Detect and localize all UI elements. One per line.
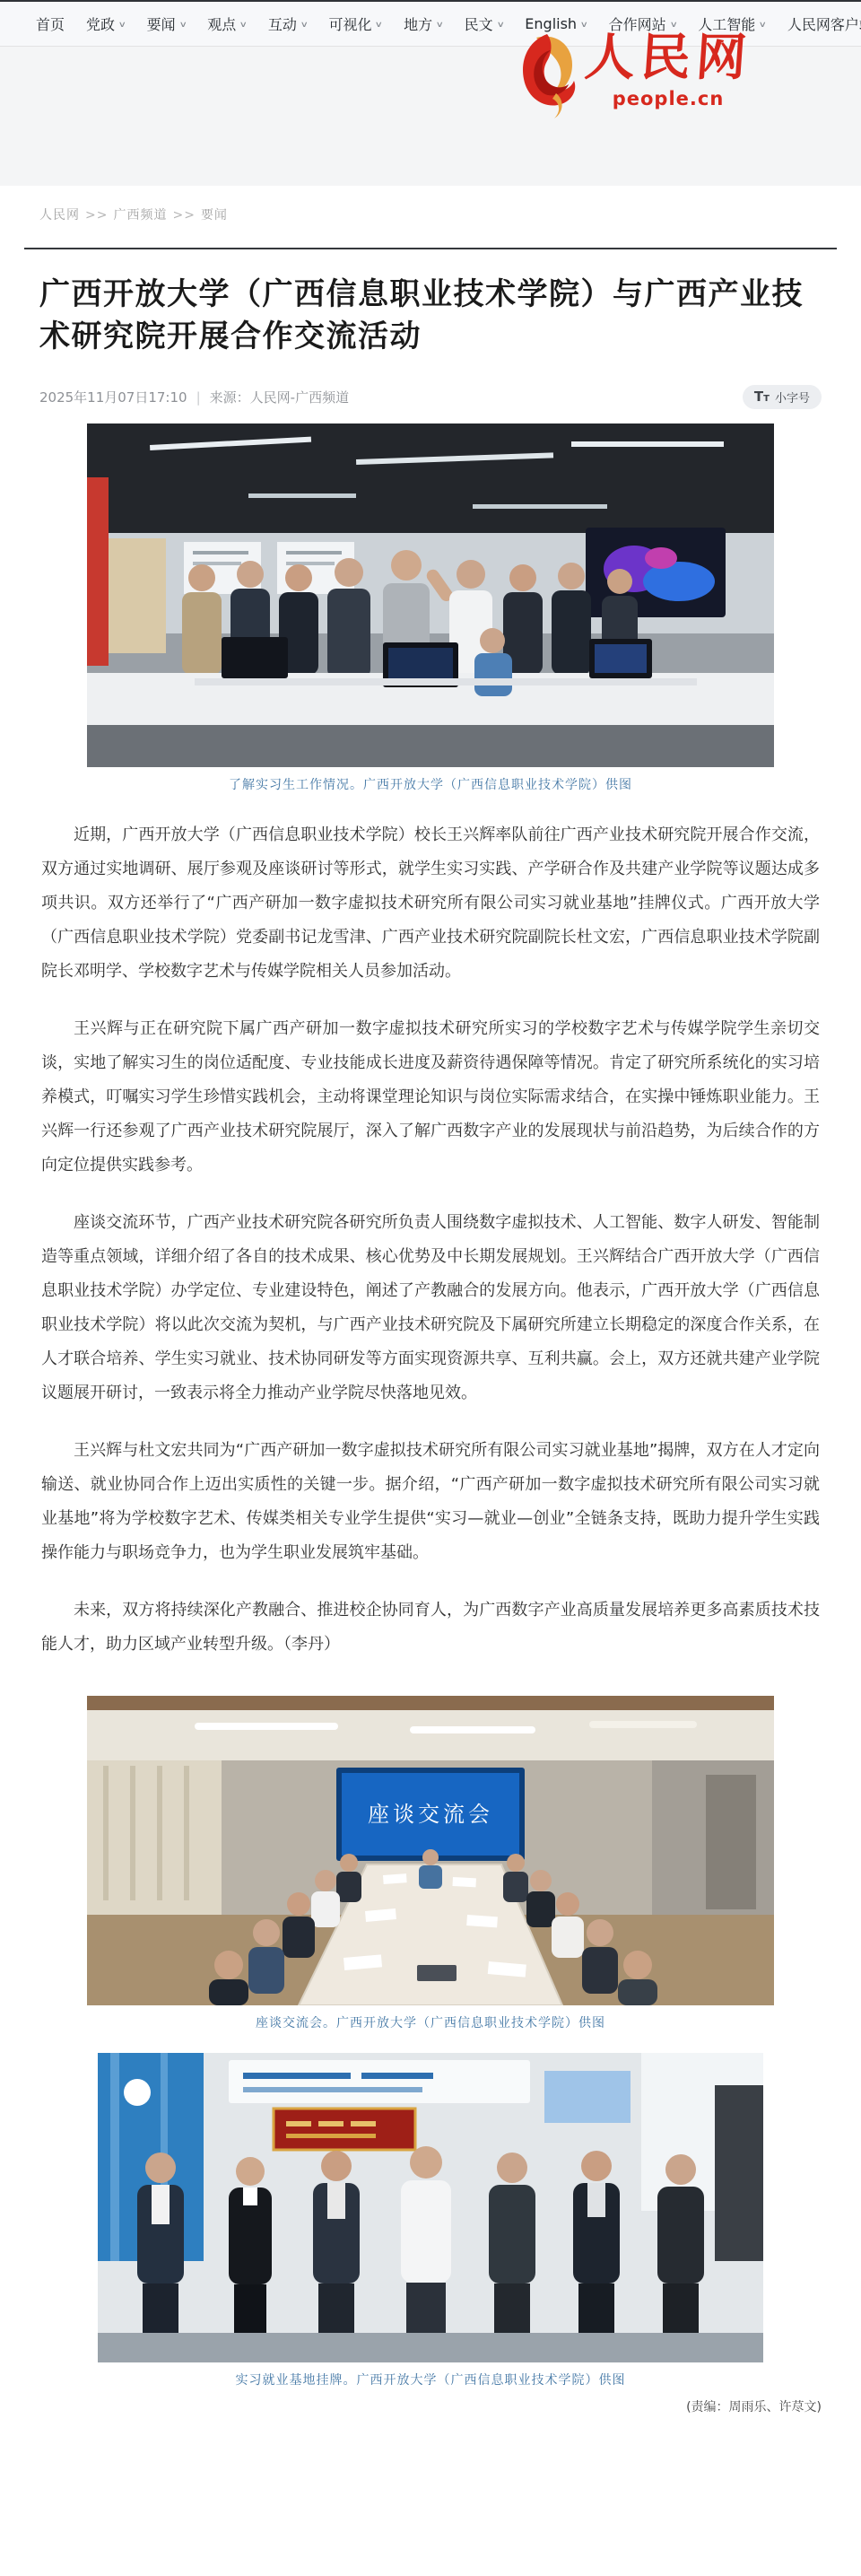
photo-lab-visit-image — [87, 424, 774, 767]
article-source[interactable]: 来源：人民网-广西频道 — [210, 388, 349, 406]
chevron-down-icon: ∨ — [178, 21, 187, 30]
nav-item[interactable]: 民文∨ — [465, 13, 504, 34]
article-meta: 2025年11月07日17:10 | 来源：人民网-广西频道 TT 小字号 — [39, 385, 822, 409]
photo-caption: 实习就业基地挂牌。广西开放大学（广西信息职业技术学院）供图 — [98, 2371, 763, 2388]
nav-item[interactable]: 可视化∨ — [328, 13, 382, 34]
photo-caption: 座谈交流会。广西开放大学（广西信息职业技术学院）供图 — [87, 2013, 774, 2031]
meta-divider: | — [196, 389, 201, 406]
article-paragraph: 未来，双方将持续深化产教融合、推进校企协同育人，为广西数字产业高质量发展培养更多… — [41, 1594, 820, 1662]
article-paragraph: 近期，广西开放大学（广西信息职业技术学院）校长王兴辉率队前往广西产业技术研究院开… — [41, 818, 820, 989]
nav-item-label: 要闻 — [147, 13, 176, 34]
nav-item[interactable]: 观点∨ — [207, 13, 247, 34]
nav-item-label: 党政 — [86, 13, 115, 34]
breadcrumb-link[interactable]: 要闻 — [201, 208, 228, 223]
chevron-down-icon: ∨ — [436, 21, 444, 30]
photo-conference: 座谈交流会 — [87, 1696, 774, 2031]
photo-plaque-group: 实习就业基地挂牌。广西开放大学（广西信息职业技术学院）供图 — [98, 2053, 763, 2388]
page-title: 广西开放大学（广西信息职业技术学院）与广西产业技术研究院开展合作交流活动 — [39, 274, 822, 358]
nav-item-label: 首页 — [36, 13, 65, 34]
article-body: 近期，广西开放大学（广西信息职业技术学院）校长王兴辉率队前往广西产业技术研究院开… — [41, 818, 820, 1662]
title-divider — [24, 248, 837, 249]
nav-item[interactable]: 首页 — [36, 13, 65, 34]
font-size-icon: TT — [754, 390, 770, 404]
chevron-down-icon: ∨ — [759, 21, 767, 30]
photo-lab-visit: 了解实习生工作情况。广西开放大学（广西信息职业技术学院）供图 — [87, 424, 774, 793]
conference-screen-text: 座谈交流会 — [368, 1802, 493, 1827]
nav-item[interactable]: 互动∨ — [268, 13, 308, 34]
article-paragraph: 王兴辉与杜文宏共同为“广西产研加一数字虚拟技术研究所有限公司实习就业基地”揭牌，… — [41, 1434, 820, 1570]
nav-item-label: 可视化 — [328, 13, 371, 34]
nav-item[interactable]: 要闻∨ — [147, 13, 187, 34]
photo-plaque-group-image — [98, 2053, 763, 2362]
breadcrumb: 人民网>>广西频道>>要闻 — [39, 205, 861, 223]
photo-caption: 了解实习生工作情况。广西开放大学（广西信息职业技术学院）供图 — [87, 775, 774, 793]
site-logo-text: 人民网 people.cn — [585, 31, 752, 109]
nav-item-label: 人民网客户端 — [787, 13, 861, 34]
article-meta-left: 2025年11月07日17:10 | 来源：人民网-广西频道 — [39, 388, 349, 406]
nav-item-label: 地方 — [404, 13, 432, 34]
photo-conference-image: 座谈交流会 — [87, 1696, 774, 2005]
chevron-down-icon: ∨ — [496, 21, 504, 30]
nav-item[interactable]: 地方∨ — [404, 13, 443, 34]
breadcrumb-link[interactable]: 广西频道 — [113, 208, 167, 223]
publish-time: 2025年11月07日17:10 — [39, 388, 187, 406]
people-daily-flame-icon — [520, 31, 578, 120]
breadcrumb-separator: >> — [172, 208, 195, 223]
nav-item-label: 民文 — [465, 13, 493, 34]
article: 广西开放大学（广西信息职业技术学院）与广西产业技术研究院开展合作交流活动 202… — [0, 248, 861, 2415]
chevron-down-icon: ∨ — [669, 21, 677, 30]
site-name: 人民网 — [583, 31, 753, 86]
chevron-down-icon: ∨ — [118, 21, 126, 30]
article-paragraph: 座谈交流环节，广西产业技术研究院各研究所负责人围绕数字虚拟技术、人工智能、数字人… — [41, 1206, 820, 1410]
page: 人民网 people.cn 首页党政∨要闻∨观点∨互动∨可视化∨地方∨民文∨En… — [0, 0, 861, 2576]
chevron-down-icon: ∨ — [239, 21, 248, 30]
site-header: 人民网 people.cn 首页党政∨要闻∨观点∨互动∨可视化∨地方∨民文∨En… — [0, 0, 861, 186]
font-size-button[interactable]: TT 小字号 — [743, 385, 822, 409]
chevron-down-icon: ∨ — [580, 21, 588, 30]
chevron-down-icon: ∨ — [300, 21, 309, 30]
nav-item-label: 互动 — [268, 13, 297, 34]
nav-item-label: 观点 — [207, 13, 236, 34]
breadcrumb-separator: >> — [85, 208, 108, 223]
editor-credit: (责编：周雨乐、许荩文) — [39, 2397, 822, 2415]
site-logo[interactable]: 人民网 people.cn — [520, 31, 752, 120]
breadcrumb-link[interactable]: 人民网 — [39, 208, 80, 223]
chevron-down-icon: ∨ — [375, 21, 383, 30]
site-domain: people.cn — [613, 88, 725, 109]
nav-item[interactable]: 人民网客户端∨ — [787, 13, 861, 34]
font-size-label: 小字号 — [775, 389, 810, 406]
plaque — [274, 2109, 415, 2150]
article-paragraph: 王兴辉与正在研究院下属广西产研加一数字虚拟技术研究所实习的学校数字艺术与传媒学院… — [41, 1012, 820, 1183]
nav-item[interactable]: 党政∨ — [86, 13, 126, 34]
